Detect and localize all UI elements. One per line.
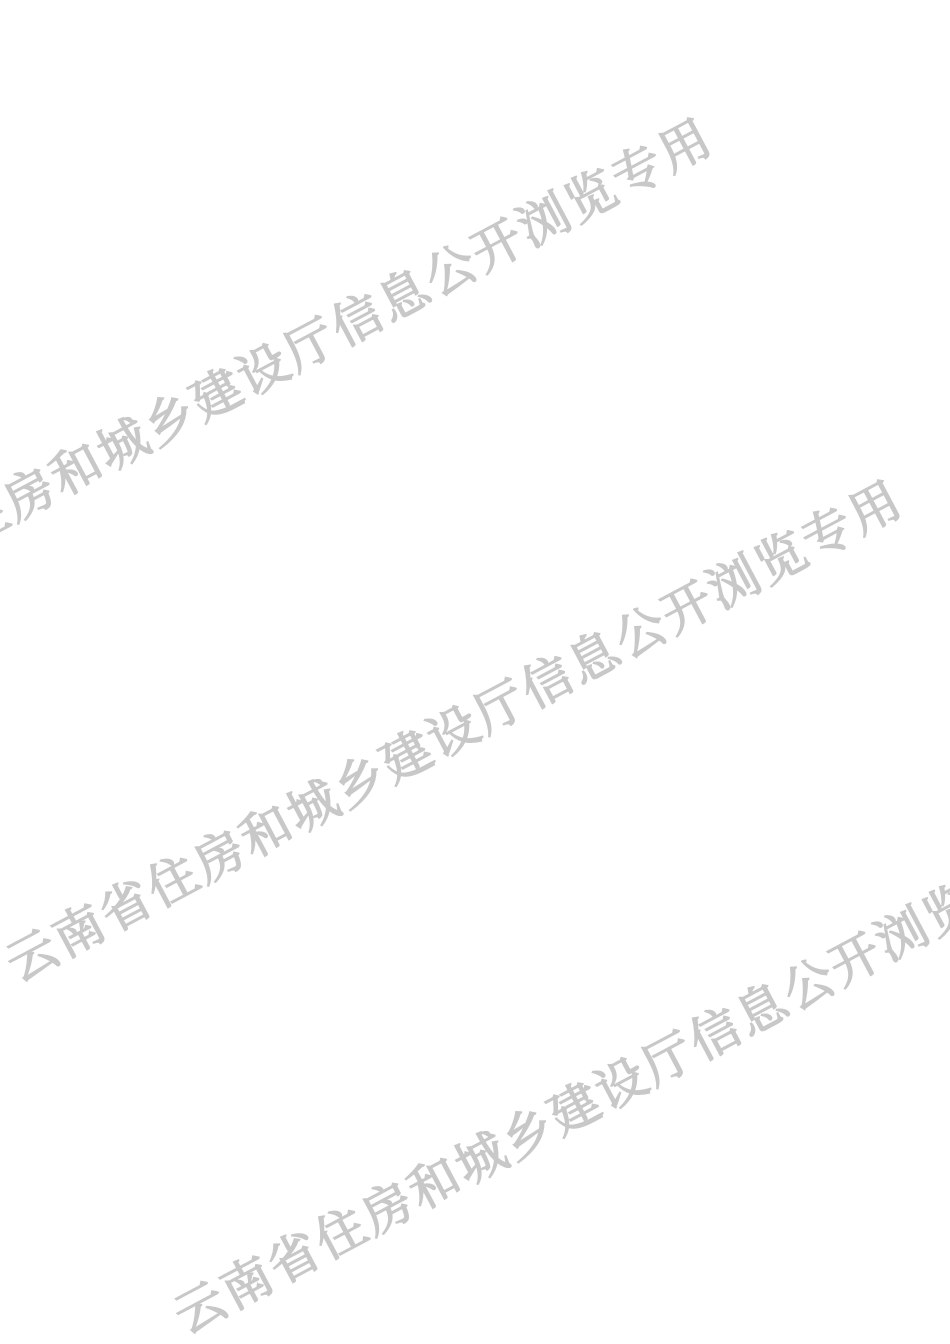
document-page: 云南省住房和城乡建设厅信息公开浏览专用 云南省住房和城乡建设厅信息公开浏览专用 … bbox=[0, 0, 950, 1344]
watermark-text: 云南省住房和城乡建设厅信息公开浏览专用 bbox=[167, 825, 950, 1342]
watermark-text: 云南省住房和城乡建设厅信息公开浏览专用 bbox=[0, 473, 911, 990]
watermark-text: 云南省住房和城乡建设厅信息公开浏览专用 bbox=[0, 111, 721, 628]
